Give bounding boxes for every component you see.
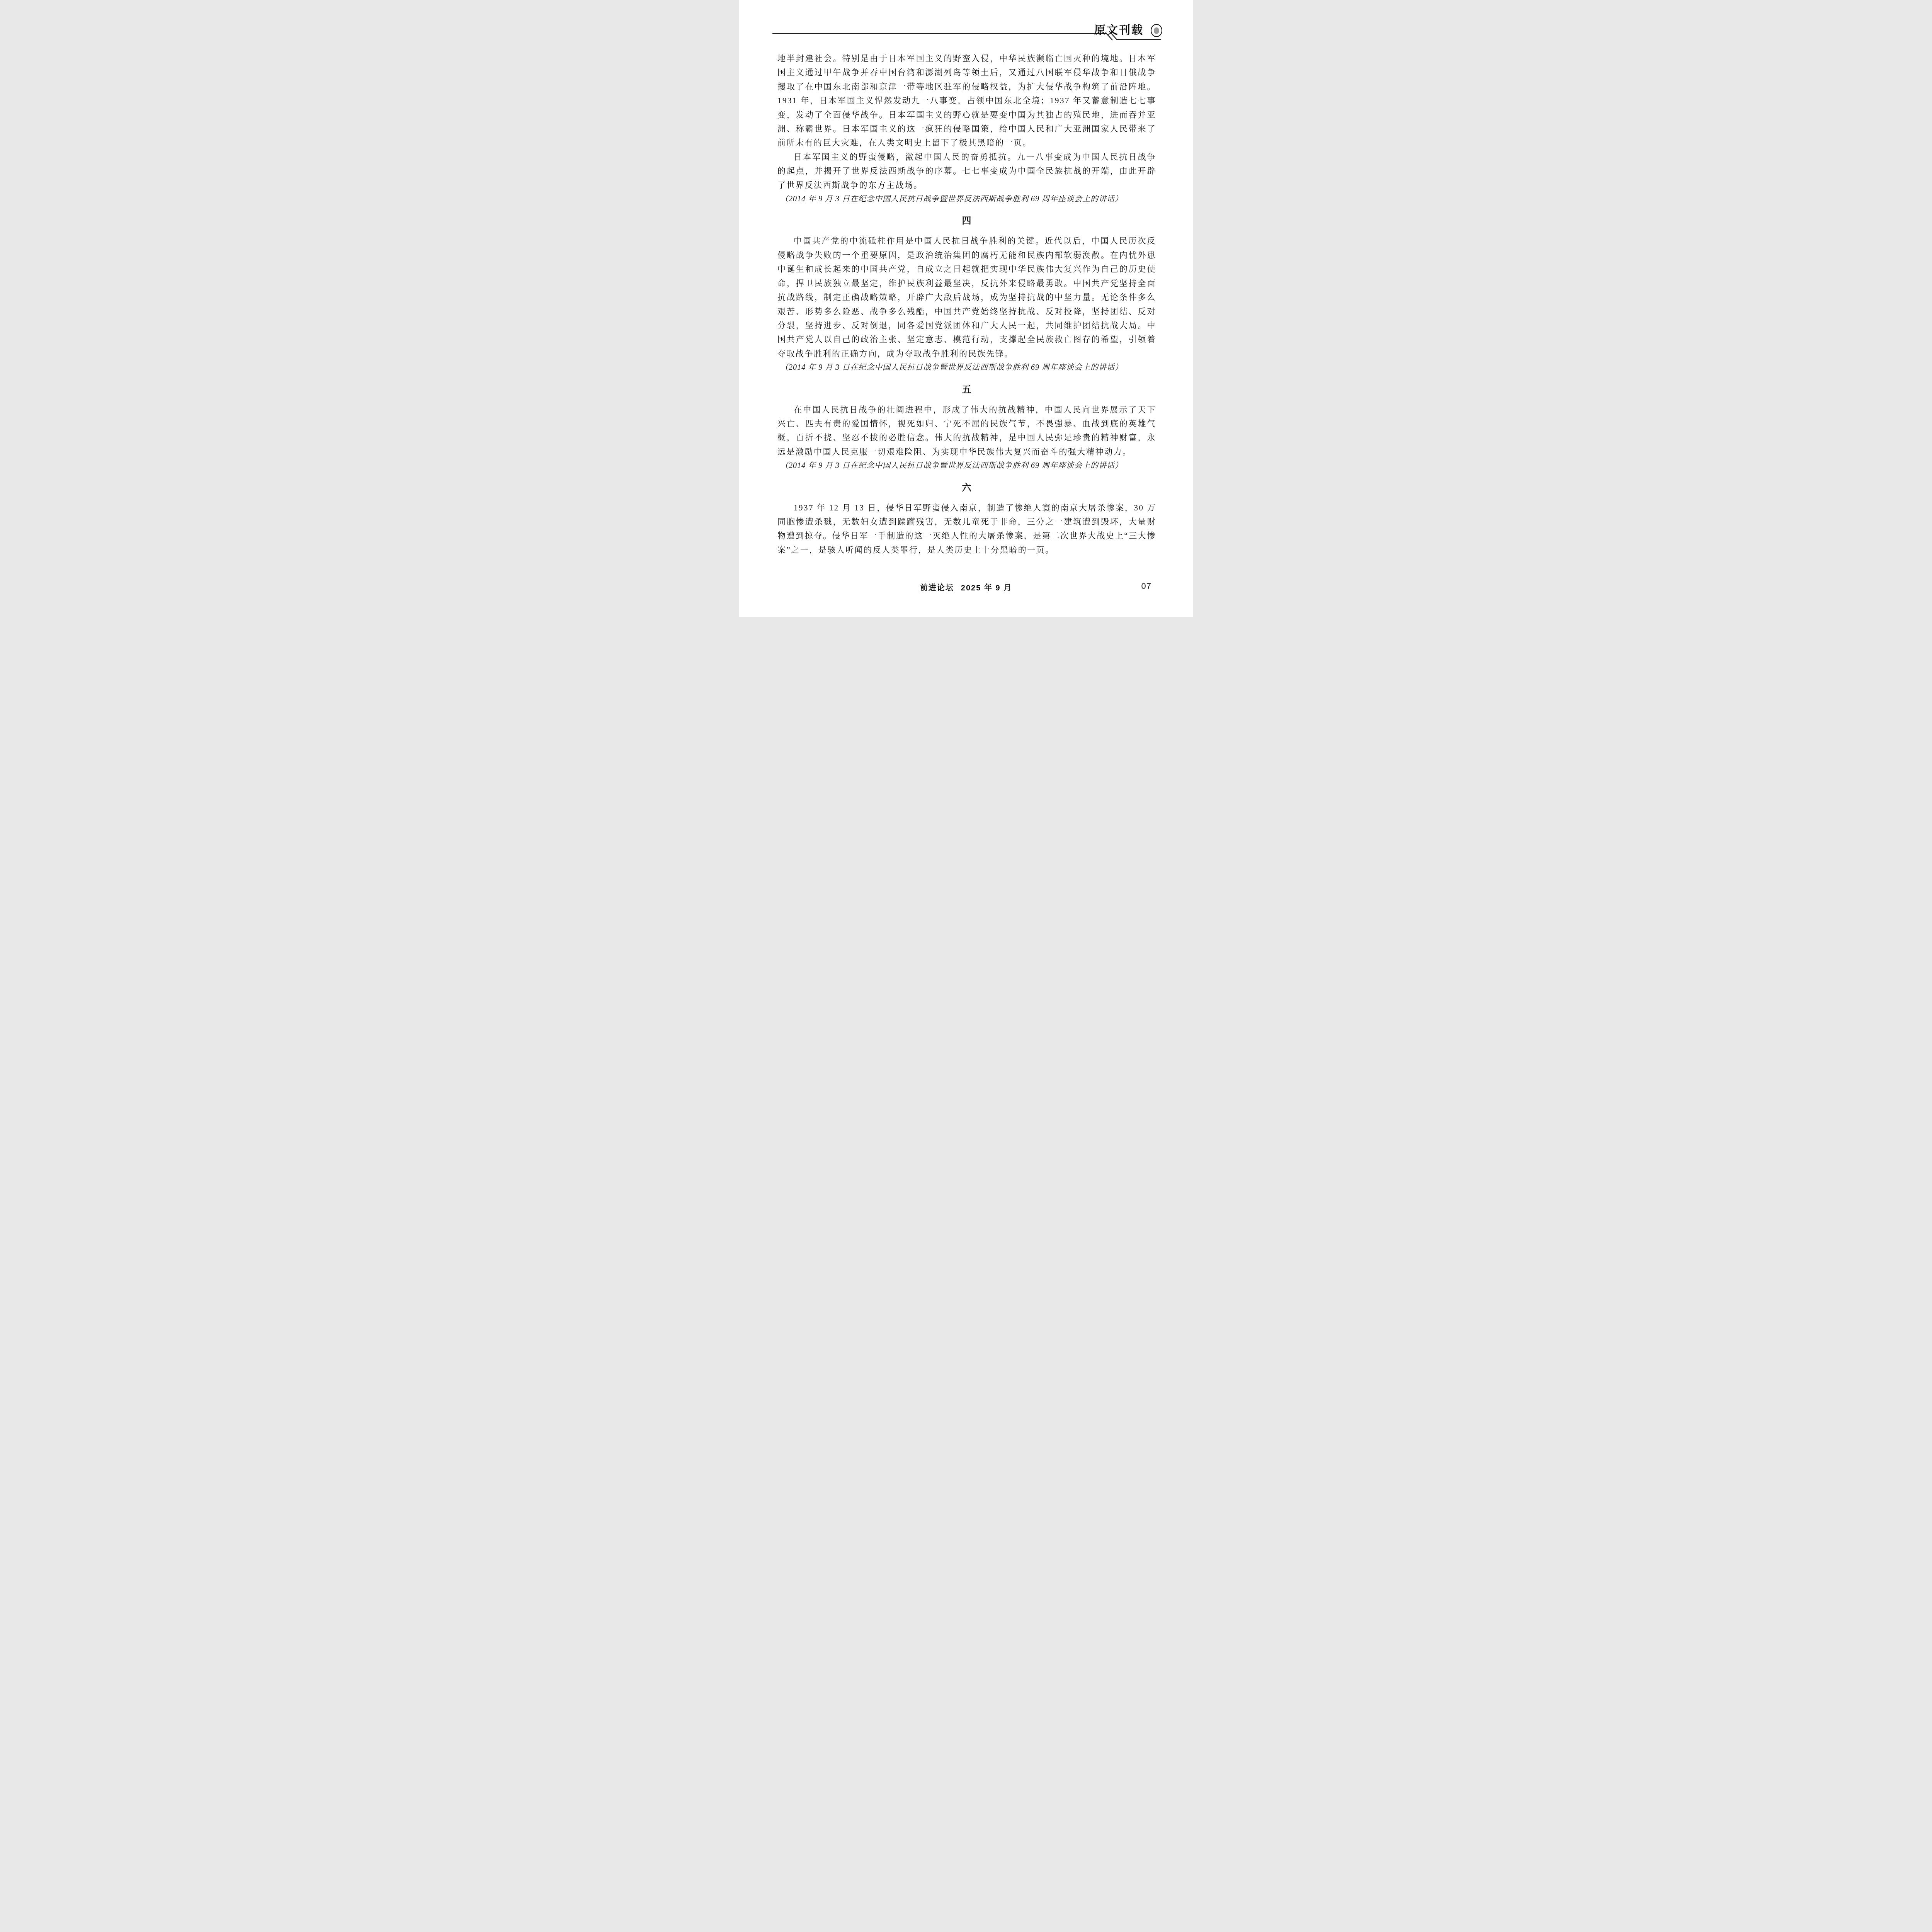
magazine-page: 原文刊载 地半封建社会。特别是由于日本军国主义的野蛮入侵，中华民族濒临亡国灭种的… [739,0,1193,617]
footer: 前进论坛2025 年 9 月 [739,582,1193,593]
section-five: 五 在中国人民抗日战争的壮阔进程中，形成了伟大的抗战精神，中国人民向世界展示了天… [777,383,1156,473]
paragraph: 日本军国主义的野蛮侵略，激起中国人民的奋勇抵抗。九一八事变成为中国人民抗日战争的… [777,150,1156,192]
page-number: 07 [1141,581,1151,591]
speech-citation: （2014 年 9 月 3 日在纪念中国人民抗日战争暨世界反法西斯战争胜利 69… [777,459,1156,473]
article-content: 地半封建社会。特别是由于日本军国主义的野蛮入侵，中华民族濒临亡国灭种的境地。日本… [777,0,1156,557]
paragraph: 1937 年 12 月 13 日，侵华日军野蛮侵入南京，制造了惨绝人寰的南京大屠… [777,501,1156,557]
section-six: 六 1937 年 12 月 13 日，侵华日军野蛮侵入南京，制造了惨绝人寰的南京… [777,481,1156,557]
section-heading-six: 六 [777,481,1156,495]
paragraph: 中国共产党的中流砥柱作用是中国人民抗日战争胜利的关键。近代以后，中国人民历次反侵… [777,234,1156,361]
paragraph: 在中国人民抗日战争的壮阔进程中，形成了伟大的抗战精神，中国人民向世界展示了天下兴… [777,403,1156,459]
section-heading-five: 五 [777,383,1156,397]
paragraph: 地半封建社会。特别是由于日本军国主义的野蛮入侵，中华民族濒临亡国灭种的境地。日本… [777,51,1156,150]
footer-journal-name: 前进论坛 [920,584,954,592]
footer-issue-date: 2025 年 9 月 [961,584,1012,592]
section-heading-four: 四 [777,214,1156,228]
speech-citation: （2014 年 9 月 3 日在纪念中国人民抗日战争暨世界反法西斯战争胜利 69… [777,192,1156,206]
speech-citation: （2014 年 9 月 3 日在纪念中国人民抗日战争暨世界反法西斯战争胜利 69… [777,361,1156,374]
section-four: 四 中国共产党的中流砥柱作用是中国人民抗日战争胜利的关键。近代以后，中国人民历次… [777,214,1156,374]
top-margin-spacer [777,0,1156,51]
section-continuation: 地半封建社会。特别是由于日本军国主义的野蛮入侵，中华民族濒临亡国灭种的境地。日本… [777,51,1156,206]
